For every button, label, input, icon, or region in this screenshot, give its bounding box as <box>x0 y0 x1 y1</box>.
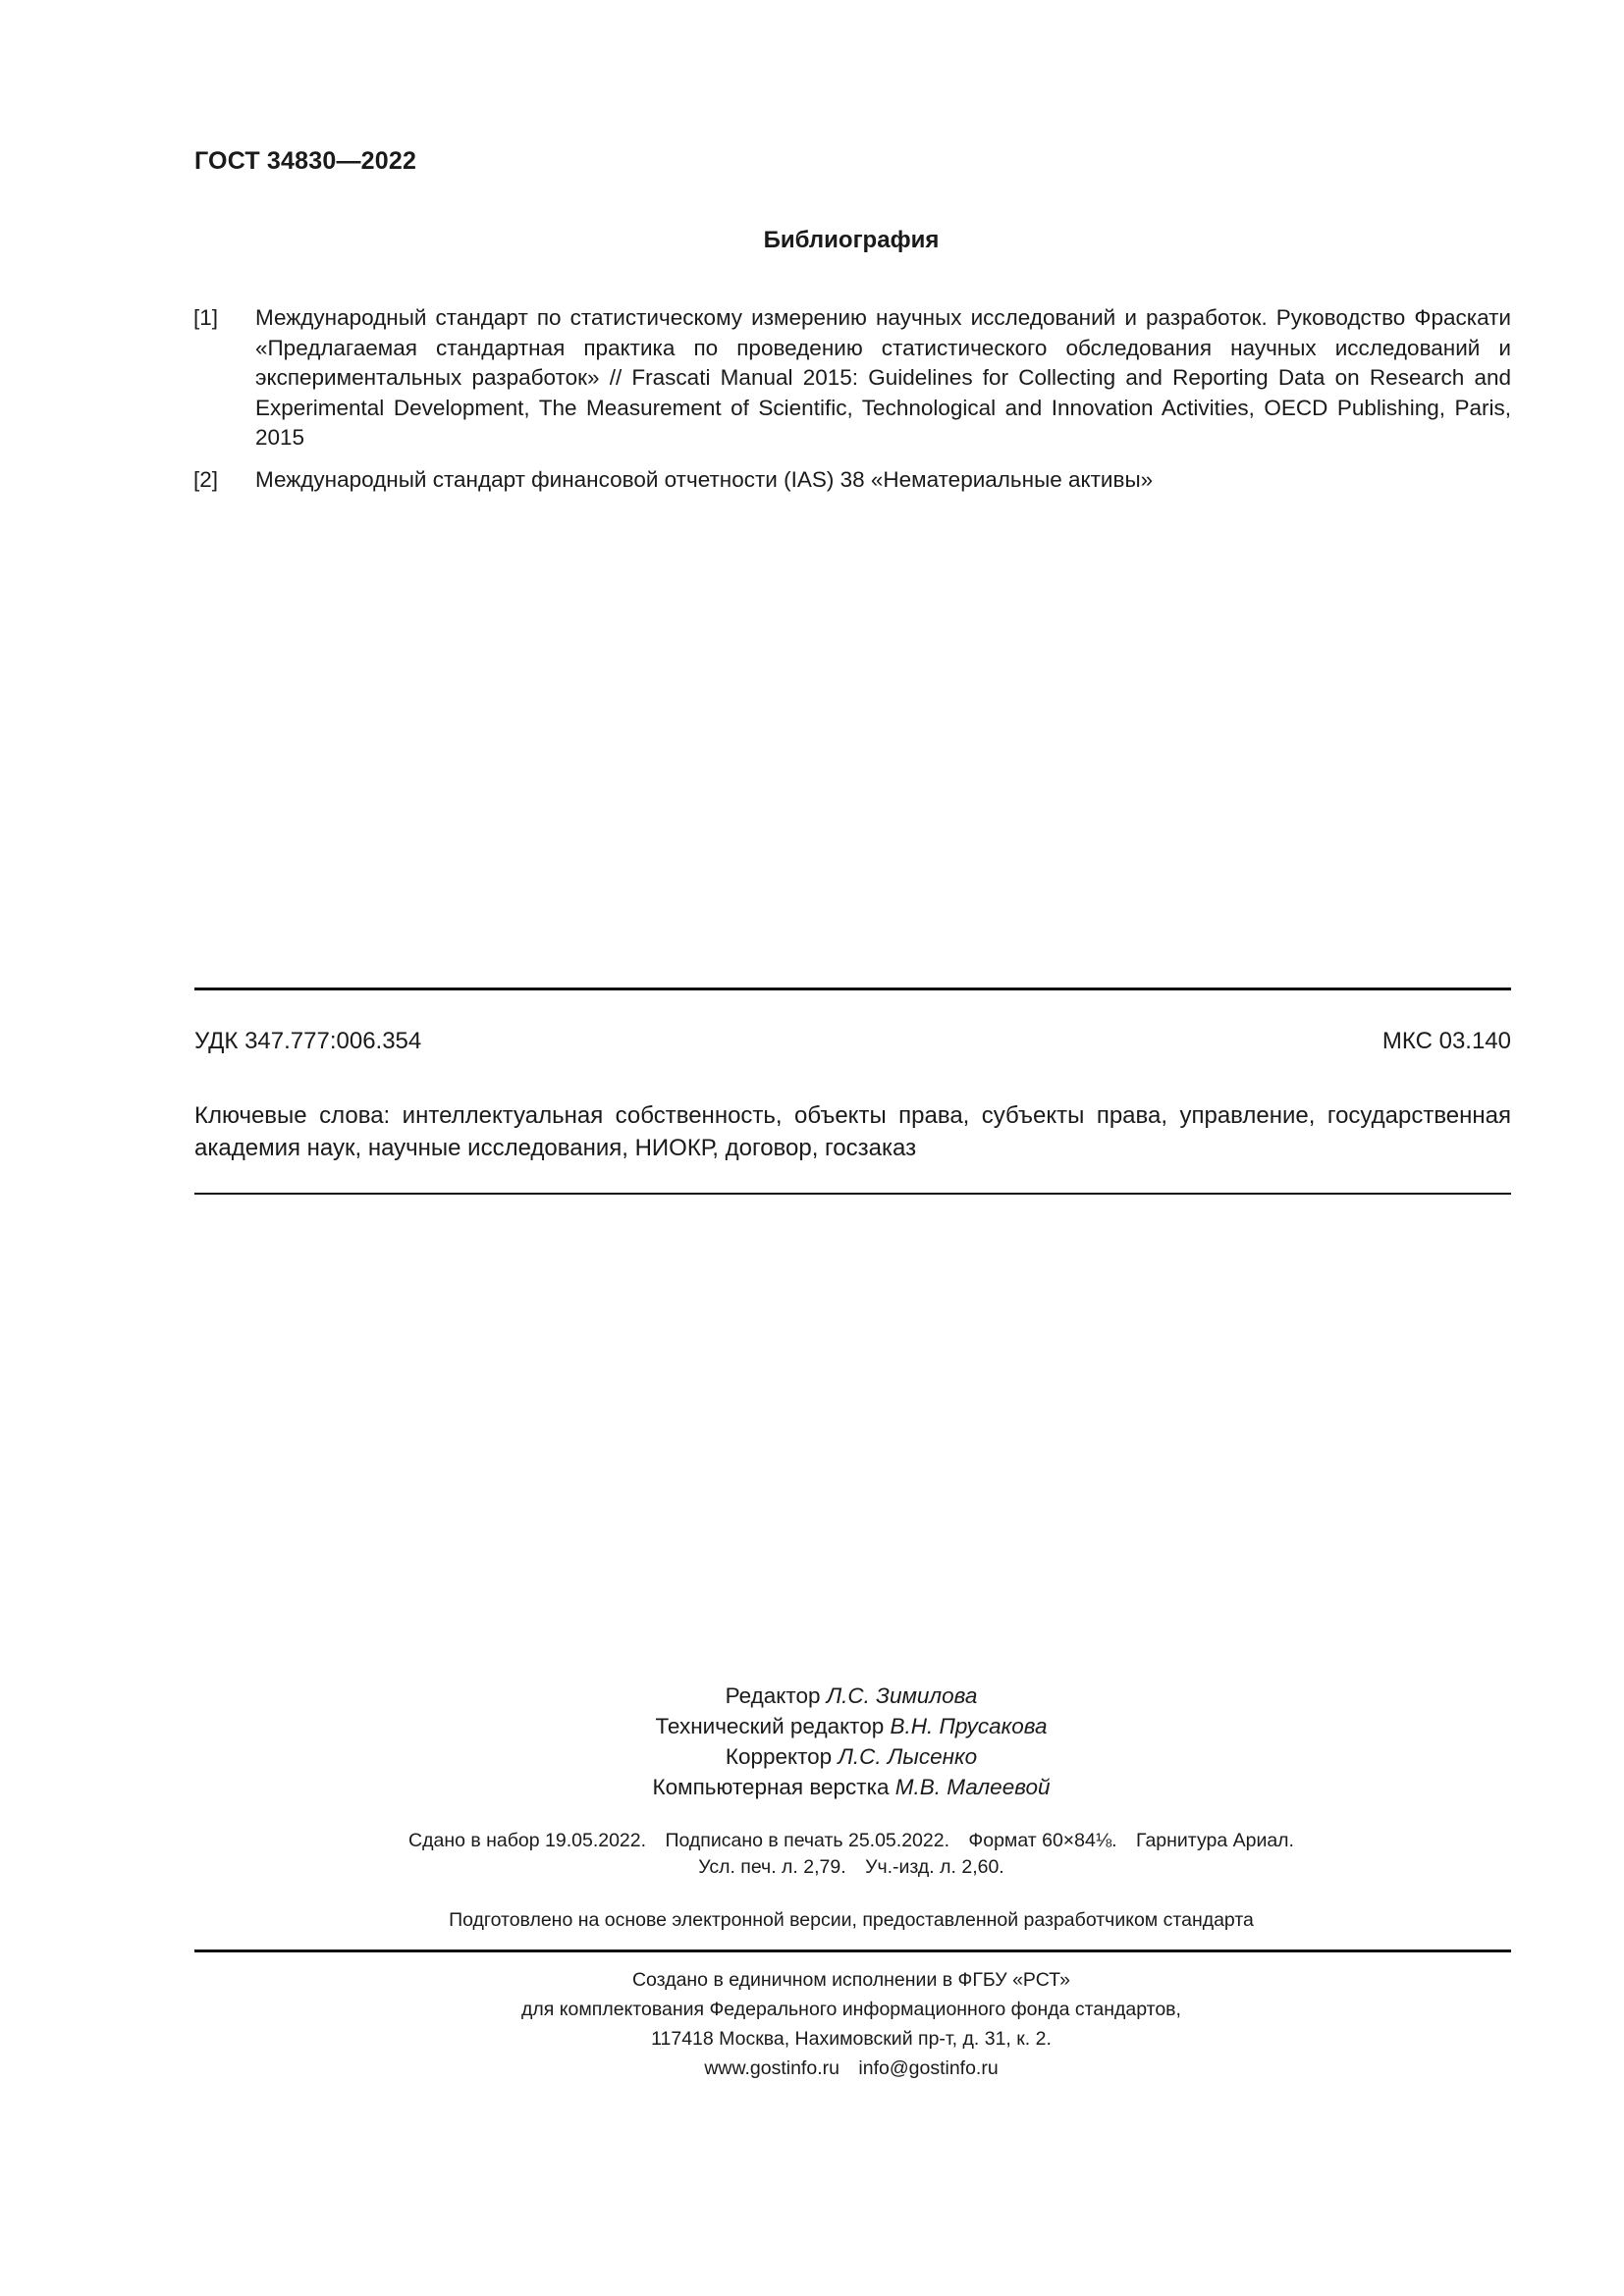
document-header-standard-id: ГОСТ 34830—2022 <box>194 147 416 176</box>
editor-role: Компьютерная верстка <box>653 1775 890 1799</box>
keywords: Ключевые слова: интеллектуальная собстве… <box>194 1099 1511 1164</box>
editor-role: Редактор <box>726 1683 821 1708</box>
publisher-website-link[interactable]: www.gostinfo.ru <box>704 2057 839 2079</box>
editor-name: Л.С. Лысенко <box>838 1744 977 1769</box>
editor-role: Технический редактор <box>655 1714 884 1738</box>
publisher-email-link[interactable]: info@gostinfo.ru <box>858 2057 998 2079</box>
editor-line: Компьютерная верстка М.В. Малеевой <box>0 1772 1624 1802</box>
imprint-block: Сдано в набор 19.05.2022. Подписано в пе… <box>0 1828 1624 1881</box>
bibliography-item: [1] Международный стандарт по статистиче… <box>193 303 1511 454</box>
divider-keywords <box>194 1193 1511 1195</box>
imprint-publisher-sheets: Уч.-изд. л. 2,60. <box>865 1856 1004 1878</box>
editors-block: Редактор Л.С. Зимилова Технический редак… <box>0 1681 1624 1802</box>
imprint-line-2: Усл. печ. л. 2,79. Уч.-изд. л. 2,60. <box>0 1854 1624 1881</box>
imprint-line-1: Сдано в набор 19.05.2022. Подписано в пе… <box>0 1828 1624 1854</box>
editor-line: Редактор Л.С. Зимилова <box>0 1681 1624 1711</box>
publisher-line-1: Создано в единичном исполнении в ФГБУ «Р… <box>0 1965 1624 1995</box>
publisher-block: Создано в единичном исполнении в ФГБУ «Р… <box>0 1965 1624 2083</box>
editor-name: Л.С. Зимилова <box>827 1683 978 1708</box>
imprint-format: Формат 60×84⅛. <box>968 1830 1116 1851</box>
bibliography-item-text: Международный стандарт финансовой отчетн… <box>255 465 1511 496</box>
publisher-contacts: www.gostinfo.ru info@gostinfo.ru <box>0 2054 1624 2083</box>
imprint-printed-sheets: Усл. печ. л. 2,79. <box>698 1856 845 1878</box>
bibliography-item: [2] Международный стандарт финансовой от… <box>193 465 1511 496</box>
bibliography-item-number: [2] <box>193 465 255 496</box>
bibliography-title: Библиография <box>0 227 1624 254</box>
publisher-address: 117418 Москва, Нахимовский пр-т, д. 31, … <box>0 2024 1624 2054</box>
divider-bottom <box>194 1949 1511 1952</box>
editor-name: В.Н. Прусакова <box>891 1714 1048 1738</box>
imprint-signed: Подписано в печать 25.05.2022. <box>665 1830 949 1851</box>
imprint-typeface: Гарнитура Ариал. <box>1136 1830 1294 1851</box>
bibliography-item-text: Международный стандарт по статистическом… <box>255 303 1511 454</box>
udk-code: УДК 347.777:006.354 <box>194 1028 421 1055</box>
publisher-line-2: для комплектования Федерального информац… <box>0 1995 1624 2024</box>
imprint-submitted: Сдано в набор 19.05.2022. <box>408 1830 646 1851</box>
editor-line: Технический редактор В.Н. Прусакова <box>0 1711 1624 1741</box>
editor-role: Корректор <box>726 1744 832 1769</box>
editor-name: М.В. Малеевой <box>895 1775 1051 1799</box>
prepared-note: Подготовлено на основе электронной верси… <box>0 1909 1624 1932</box>
bibliography-list: [1] Международный стандарт по статистиче… <box>193 303 1511 507</box>
divider-top <box>194 988 1511 990</box>
mks-code: МКС 03.140 <box>1382 1028 1511 1055</box>
editor-line: Корректор Л.С. Лысенко <box>0 1741 1624 1772</box>
bibliography-item-number: [1] <box>193 303 255 454</box>
